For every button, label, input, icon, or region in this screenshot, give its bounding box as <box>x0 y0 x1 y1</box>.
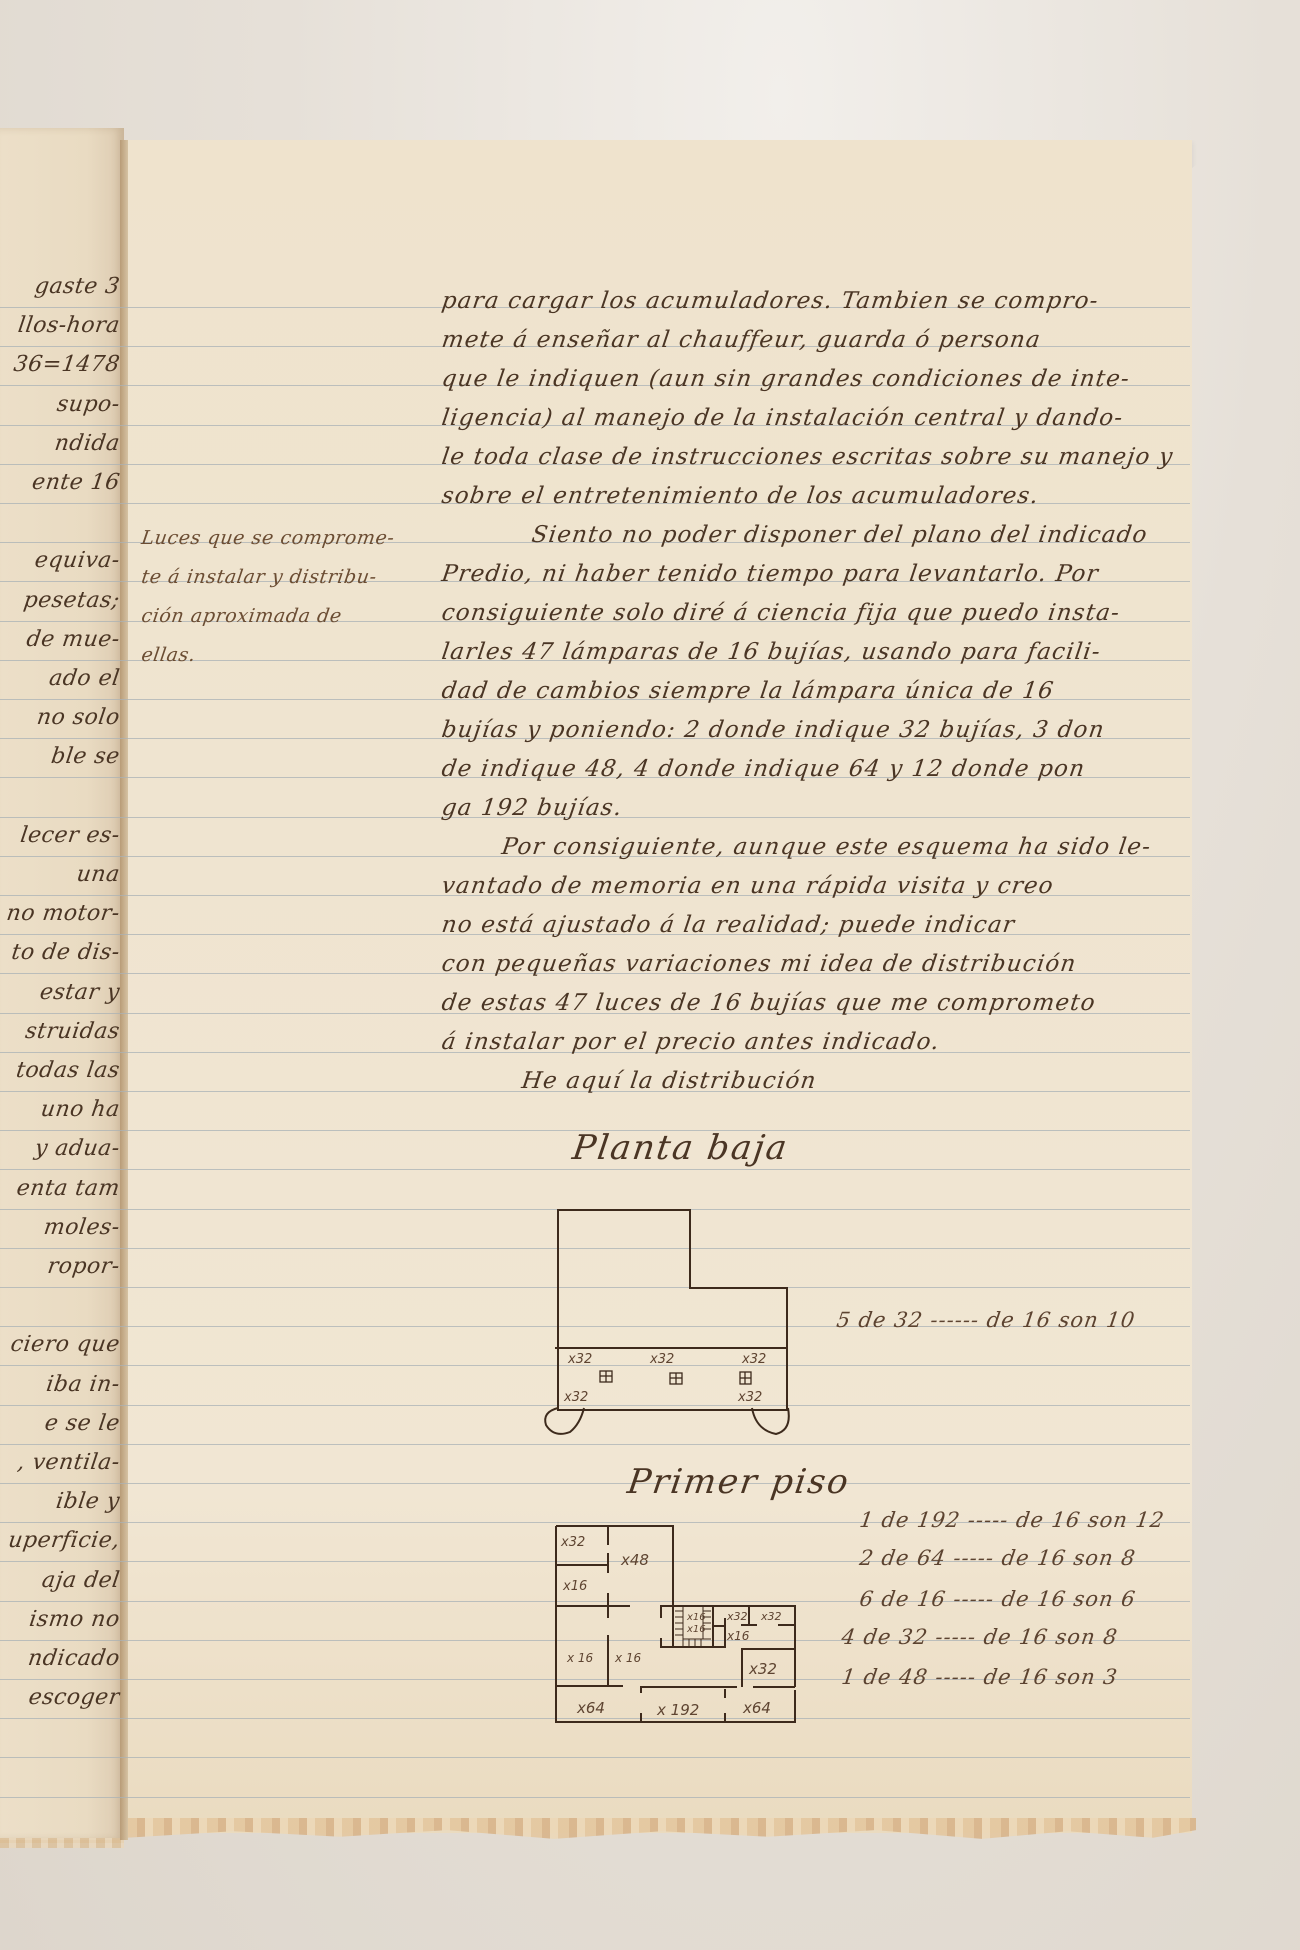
left-page-line: ado el <box>0 666 122 691</box>
left-page-line: uno ha <box>0 1097 122 1122</box>
planta-baja-heading: Planta baja <box>570 1128 791 1168</box>
room-light-label: x32 <box>568 1352 592 1367</box>
tally-line: 2 de 64 ----- de 16 son 8 <box>858 1546 1137 1570</box>
left-page-line: lecer es- <box>0 823 122 848</box>
room-light-label: x32 <box>749 1660 777 1678</box>
left-page-line: equiva- <box>0 548 122 573</box>
left-page-line: no motor- <box>0 901 122 926</box>
body-line: Por consiguiente, aunque este esquema ha… <box>500 834 1153 860</box>
room-light-label: x16 <box>687 1612 706 1623</box>
room-light-label: x16 <box>563 1579 587 1594</box>
body-line: larles 47 lámparas de 16 bujías, usando … <box>440 639 1103 665</box>
body-line: mete á enseñar al chauffeur, guarda ó pe… <box>440 327 1043 353</box>
left-page-line: ismo no <box>0 1607 122 1632</box>
room-light-label: x32 <box>761 1610 782 1623</box>
primer-piso-floor-plan: x32 x48 x16 x16 x16 x32 x32 x16 x 16 x 1… <box>553 1523 798 1728</box>
left-page-line: e se le <box>0 1411 122 1436</box>
primer-piso-heading: Primer piso <box>625 1462 853 1502</box>
room-light-label: x16 <box>727 1629 749 1643</box>
tally-line: 4 de 32 ----- de 16 son 8 <box>840 1625 1119 1649</box>
tally-line: 6 de 16 ----- de 16 son 6 <box>858 1587 1137 1611</box>
body-line: bujías y poniendo: 2 donde indique 32 bu… <box>440 717 1107 743</box>
body-line: de indique 48, 4 donde indique 64 y 12 d… <box>440 756 1087 782</box>
left-page-line: uperficie, <box>0 1528 122 1553</box>
body-line: que le indiquen (aun sin grandes condici… <box>440 366 1132 392</box>
room-light-label: x64 <box>577 1699 605 1717</box>
left-page-line: llos-hora <box>0 313 122 338</box>
body-line: sobre el entretenimiento de los acumulad… <box>440 483 1041 509</box>
margin-note-line: ción aproximada de <box>140 605 343 627</box>
left-page-line: enta tam <box>0 1176 122 1201</box>
left-page-line: moles- <box>0 1215 122 1240</box>
body-line: consiguiente solo diré á ciencia fija qu… <box>440 600 1122 626</box>
room-light-label: x32 <box>742 1352 766 1367</box>
room-light-label: x16 <box>687 1624 706 1635</box>
planta-baja-floor-plan: x32 x32 x32 x32 x32 <box>540 1200 800 1440</box>
room-light-label: x64 <box>743 1699 771 1717</box>
left-page-line: iba in- <box>0 1372 122 1397</box>
body-line: para cargar los acumuladores. Tambien se… <box>440 288 1101 314</box>
left-page-line: ropor- <box>0 1254 122 1279</box>
left-page-line: to de dis- <box>0 940 122 965</box>
body-line: ligencia) al manejo de la instalación ce… <box>440 405 1125 431</box>
left-page-line: aja del <box>0 1568 122 1593</box>
room-light-label: x48 <box>621 1551 649 1569</box>
left-page-line: ndicado <box>0 1646 122 1671</box>
left-page-line: supo- <box>0 392 122 417</box>
left-page-line: escoger <box>0 1685 122 1710</box>
left-page-line: 36=1478 <box>0 352 122 377</box>
left-page-line: no solo <box>0 705 122 730</box>
room-light-label: x32 <box>561 1535 585 1550</box>
left-page-line: y adua- <box>0 1136 122 1161</box>
body-line: He aquí la distribución <box>520 1068 818 1094</box>
body-line: Siento no poder disponer del plano del i… <box>530 522 1150 548</box>
body-line: con pequeñas variaciones mi idea de dist… <box>440 951 1078 977</box>
left-page-line: ndida <box>0 431 122 456</box>
left-page-line: ente 16 <box>0 470 122 495</box>
left-page-line: ble se <box>0 744 122 769</box>
left-page-line: estar y <box>0 980 122 1005</box>
body-line: de estas 47 luces de 16 bujías que me co… <box>440 990 1098 1016</box>
body-line: no está ajustado á la realidad; puede in… <box>440 912 1017 938</box>
room-light-label: x32 <box>738 1390 762 1405</box>
body-line: á instalar por el precio antes indicado. <box>440 1029 942 1055</box>
body-line: ga 192 bujías. <box>440 795 624 821</box>
planta-baja-tally: 5 de 32 ------ de 16 son 10 <box>835 1308 1137 1332</box>
left-page-line: de mue- <box>0 627 122 652</box>
left-page-line: ible y <box>0 1489 122 1514</box>
room-light-label: x32 <box>650 1352 674 1367</box>
margin-note-line: Luces que se comprome- <box>140 527 396 549</box>
left-page-line: todas las <box>0 1058 122 1083</box>
left-page-line: gaste 3 <box>0 274 122 299</box>
left-page-line: pesetas; <box>0 588 122 613</box>
left-page-line: una <box>0 862 122 887</box>
room-light-label: x 16 <box>615 1651 641 1665</box>
room-light-label: x 16 <box>567 1651 593 1665</box>
margin-note-line: te á instalar y distribu- <box>140 566 378 588</box>
left-page-line: , ventila- <box>0 1450 122 1475</box>
left-page-line: struidas <box>0 1019 122 1044</box>
room-light-label: x32 <box>727 1610 748 1623</box>
margin-note-line: ellas. <box>140 644 197 666</box>
left-page-line: ciero que <box>0 1332 122 1357</box>
body-line: vantado de memoria en una rápida visita … <box>440 873 1056 899</box>
body-line: le toda clase de instrucciones escritas … <box>440 444 1175 470</box>
room-light-label: x32 <box>564 1390 588 1405</box>
body-line: dad de cambios siempre la lámpara única … <box>440 678 1056 704</box>
tally-line: 1 de 192 ----- de 16 son 12 <box>858 1508 1166 1532</box>
body-line: Predio, ni haber tenido tiempo para leva… <box>440 561 1101 587</box>
room-light-label: x 192 <box>657 1701 699 1719</box>
book-gutter <box>120 140 128 1840</box>
tally-line: 1 de 48 ----- de 16 son 3 <box>840 1665 1119 1689</box>
